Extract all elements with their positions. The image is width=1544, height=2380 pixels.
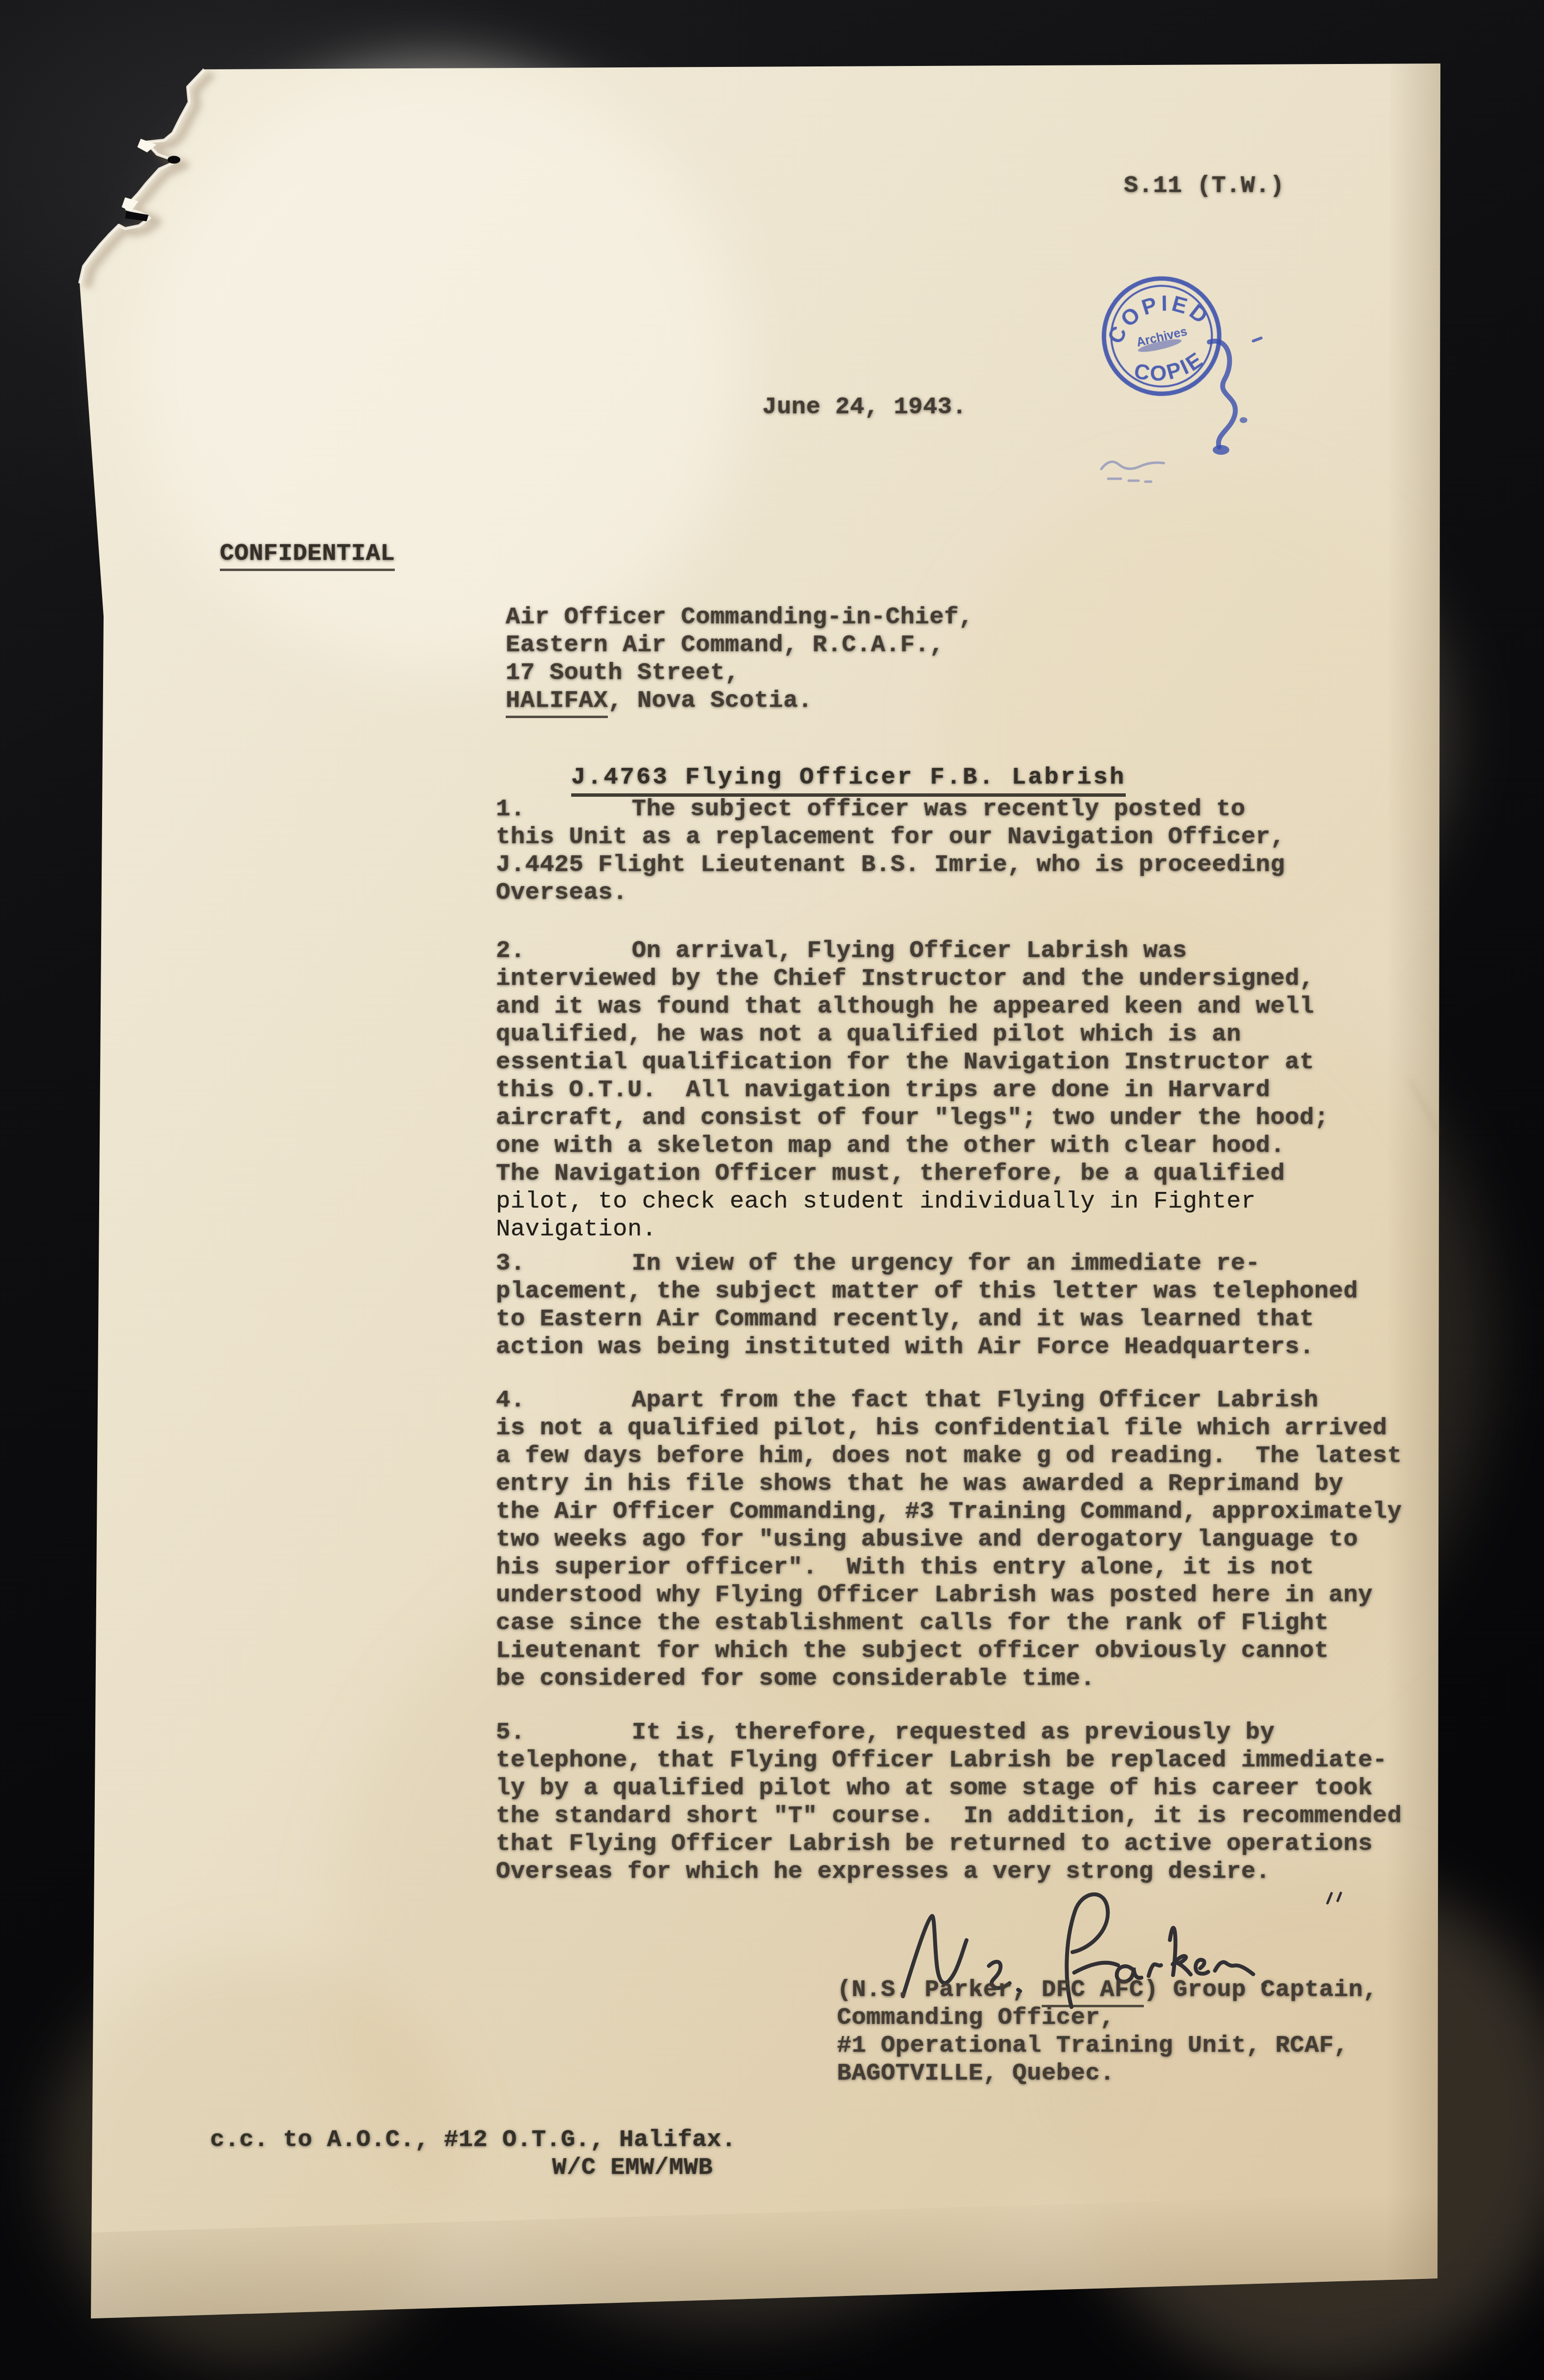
address-line: 17 South Street, — [506, 659, 739, 687]
paragraph-line: On arrival, Flying Officer Labrish was — [632, 937, 1187, 965]
paragraph-line: pilot, to check each student individuall… — [496, 1188, 1256, 1215]
paragraph-line: Overseas. — [496, 879, 627, 907]
paragraph-line: aircraft, and consist of four "legs"; tw… — [496, 1104, 1329, 1132]
confidential-label: CONFIDENTIAL — [161, 512, 395, 595]
paragraph-number: 5. — [496, 1719, 525, 1746]
paragraph-line: ly by a qualified pilot who at some stag… — [496, 1774, 1372, 1802]
paragraph-line: the standard short "T" course. In additi… — [496, 1802, 1402, 1830]
paragraph-line: his superior officer". With this entry a… — [496, 1553, 1314, 1581]
paragraph-line: this Unit as a replacement for our Navig… — [496, 823, 1285, 851]
paragraph-line: case since the establishment calls for t… — [496, 1609, 1329, 1637]
address-line: Air Officer Commanding-in-Chief, — [506, 603, 973, 631]
paragraph-line: Navigation. — [496, 1215, 657, 1243]
paragraph-line: be considered for some considerable time… — [496, 1665, 1095, 1693]
ink-squiggle — [1098, 450, 1206, 485]
signature-unit-line: #1 Operational Training Unit, RCAF, — [837, 2032, 1349, 2060]
paragraph-number: 1. — [496, 795, 525, 823]
paragraph-line: The subject officer was recently posted … — [632, 795, 1245, 823]
signature-title-line: Commanding Officer, — [837, 2004, 1115, 2032]
paragraph-line: placement, the subject matter of this le… — [496, 1277, 1358, 1305]
signature-name-line: (N.S. Parker, DFC AFC) Group Captain, — [837, 1976, 1378, 2004]
paragraph-line: understood why Flying Officer Labrish wa… — [496, 1581, 1372, 1609]
paragraph-number: 4. — [496, 1386, 525, 1414]
paragraph-line: the Air Officer Commanding, #3 Training … — [496, 1498, 1402, 1526]
paragraph-line: that Flying Officer Labrish be returned … — [496, 1830, 1372, 1858]
right-edge-shadow — [1386, 64, 1440, 2278]
paragraph-line: The Navigation Officer must, therefore, … — [496, 1160, 1285, 1188]
paragraph-number: 2. — [496, 937, 525, 965]
paragraph-line: a few days before him, does not make g o… — [496, 1442, 1402, 1470]
paragraph-line: essential qualification for the Navigati… — [496, 1048, 1314, 1076]
date-line: June 24, 1943. — [762, 393, 967, 421]
paragraph-line: entry in his file shows that he was awar… — [496, 1470, 1343, 1498]
paragraph-line: is not a qualified pilot, his confidenti… — [496, 1414, 1387, 1442]
tear-hole — [168, 156, 180, 164]
ink-blot — [1195, 336, 1278, 458]
paragraph-line: It is, therefore, requested as previousl… — [632, 1719, 1275, 1746]
paragraph-line: telephone, that Flying Officer Labrish b… — [496, 1746, 1387, 1774]
address-city: HALIFAX — [506, 687, 608, 718]
paragraph-line: Apart from the fact that Flying Officer … — [632, 1386, 1319, 1414]
paragraph-line: Lieutenant for which the subject officer… — [496, 1637, 1329, 1665]
paragraph-line: to Eastern Air Command recently, and it … — [496, 1305, 1314, 1333]
paragraph-line: J.4425 Flight Lieutenant B.S. Imrie, who… — [496, 851, 1285, 879]
signature-location-line: BAGOTVILLE, Quebec. — [837, 2060, 1115, 2087]
address-line: Eastern Air Command, R.C.A.F., — [506, 631, 944, 659]
paragraph-line: two weeks ago for "using abusive and der… — [496, 1526, 1358, 1553]
file-reference: S.11 (T.W.) — [1124, 172, 1285, 200]
scanned-letter-page: S.11 (T.W.) COPIED Archives COPIE — [0, 0, 1544, 2380]
cc-line: c.c. to A.O.C., #12 O.T.G., Halifax. — [210, 2126, 736, 2154]
paragraph-line: interviewed by the Chief Instructor and … — [496, 965, 1314, 993]
address-city-rest: , Nova Scotia. — [608, 687, 813, 714]
paragraph-line: action was being instituted with Air For… — [496, 1333, 1314, 1361]
address-line: HALIFAX, Nova Scotia. — [506, 687, 813, 715]
paragraph-line: one with a skeleton map and the other wi… — [496, 1132, 1285, 1160]
paragraph-line: this O.T.U. All navigation trips are don… — [496, 1076, 1270, 1104]
signature-decorations: DFC AFC — [1042, 1976, 1144, 2007]
paragraph-line: In view of the urgency for an immediate … — [632, 1250, 1260, 1277]
paragraph-line: and it was found that although he appear… — [496, 993, 1314, 1020]
paragraph-number: 3. — [496, 1250, 525, 1277]
paragraph-line: qualified, he was not a qualified pilot … — [496, 1020, 1241, 1048]
typist-reference: W/C EMW/MWB — [552, 2154, 713, 2182]
